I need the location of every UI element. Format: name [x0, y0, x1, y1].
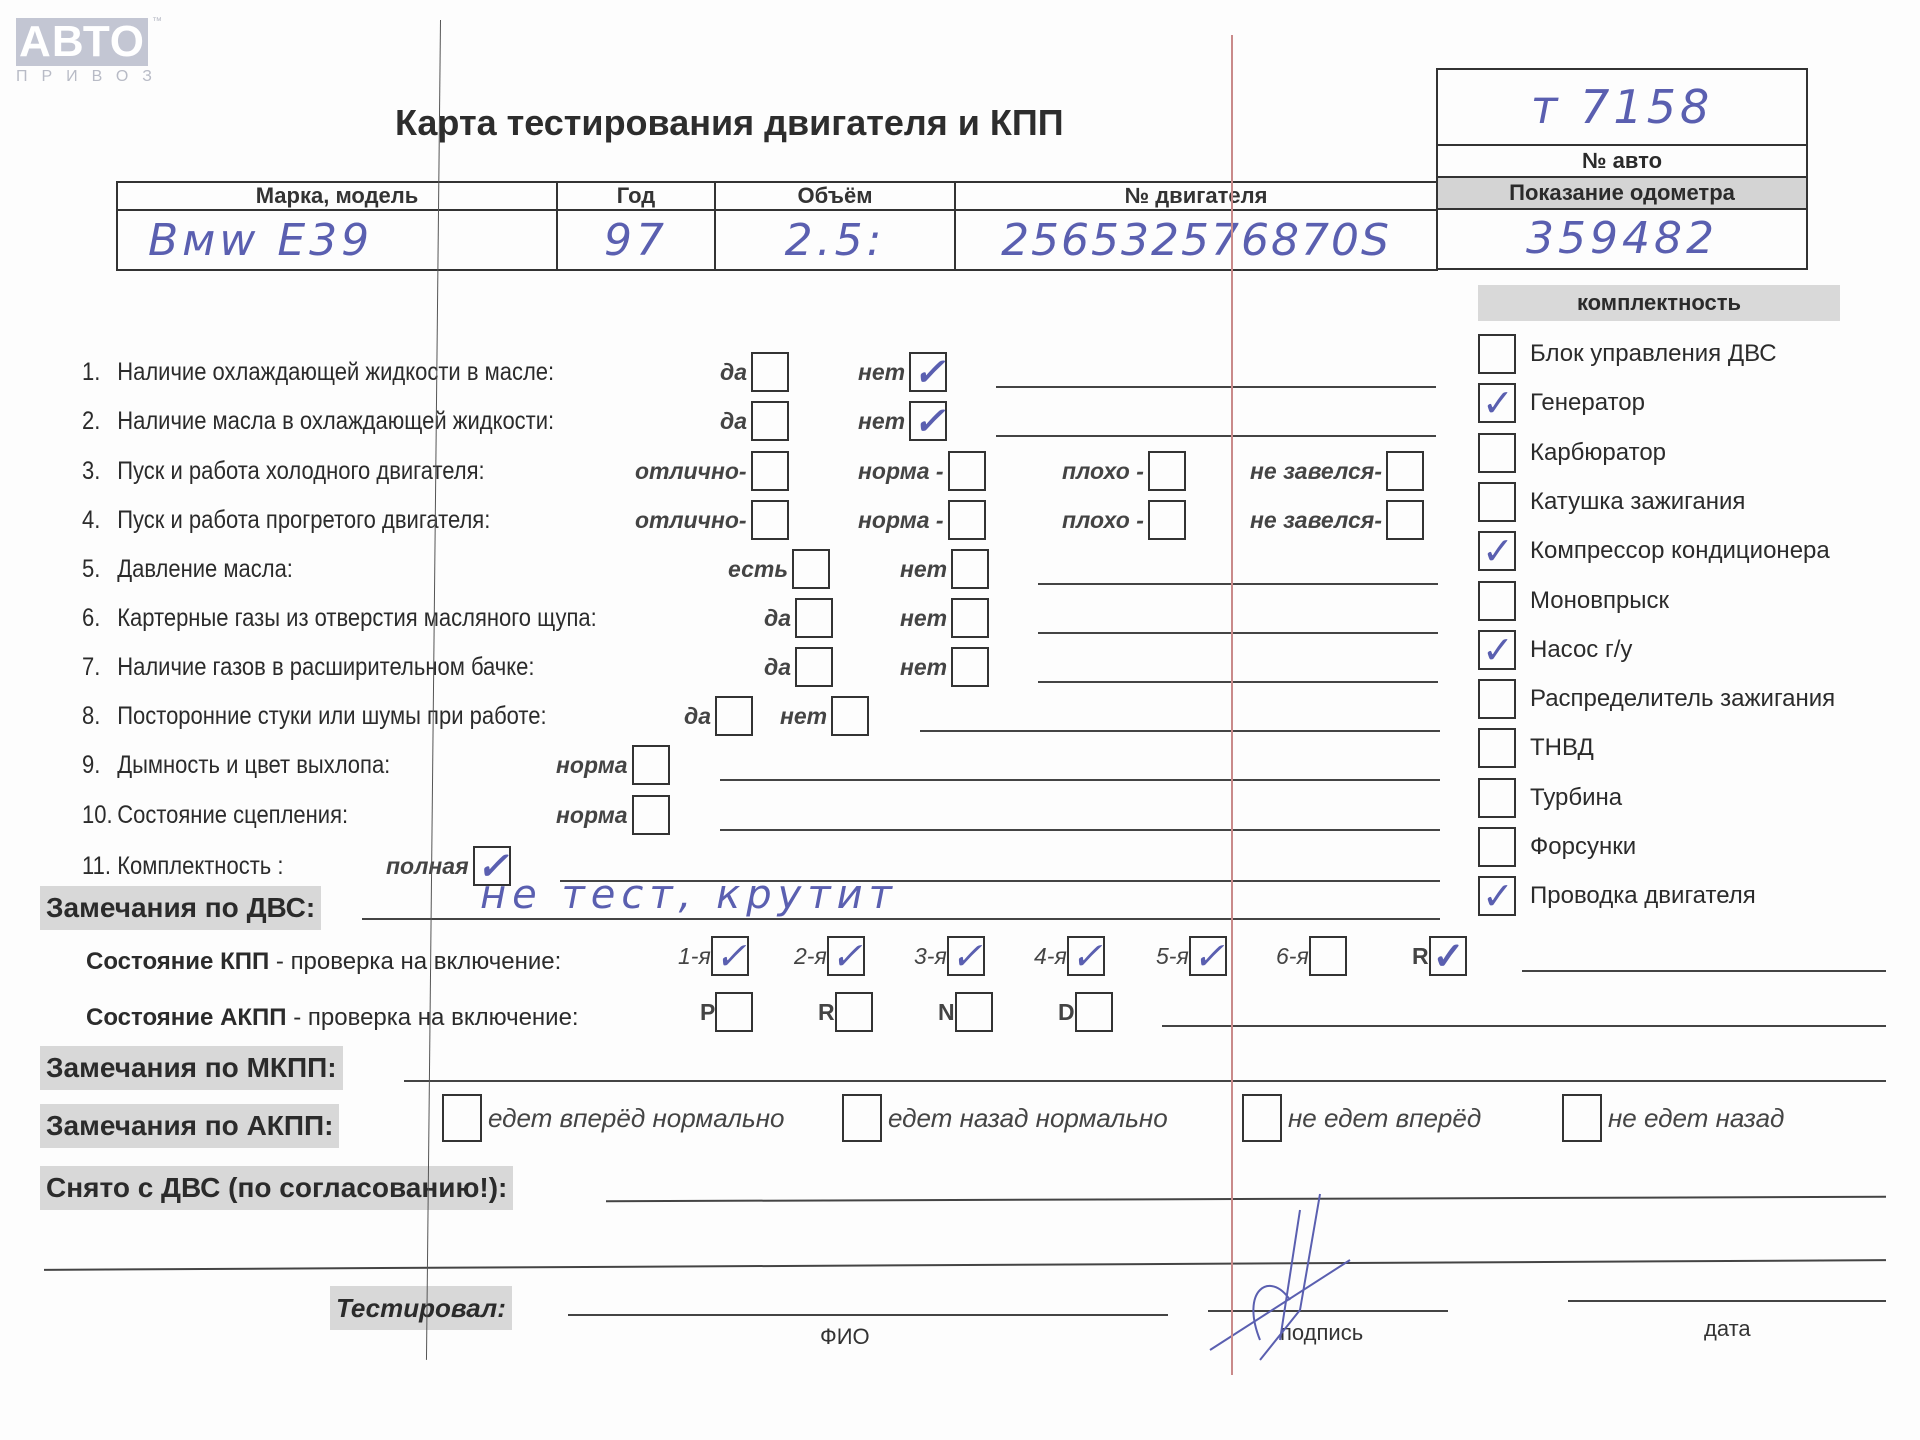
question-10: 10.Состояние сцепления: [82, 801, 348, 830]
option-checkbox[interactable] [948, 451, 986, 491]
question-number: 8. [82, 702, 117, 731]
gear-label: R [1412, 943, 1429, 970]
dvs-remarks-label: Замечания по ДВС: [40, 886, 321, 930]
akpp-mode[interactable]: P [700, 992, 753, 1032]
akpp-mode[interactable]: N [938, 992, 993, 1032]
model-value[interactable]: Bмw E39 [117, 210, 557, 270]
option-checkbox[interactable] [909, 352, 947, 392]
option-label: нет [900, 654, 947, 681]
kpp-gear[interactable]: 3-я [914, 936, 985, 976]
gear-checkbox[interactable] [827, 936, 865, 976]
removed-line-2 [44, 1259, 1886, 1271]
question-option[interactable]: нет [780, 696, 869, 736]
car-info-box: т 7158 № авто Показание одометра 359482 [1436, 68, 1808, 270]
option-label: да [764, 654, 791, 681]
question-option[interactable]: норма - [858, 500, 986, 540]
question-number: 3. [82, 457, 117, 486]
akpp-remark-label: едет назад нормально [888, 1103, 1168, 1134]
removed-label: Снято с ДВС (по согласованию!): [40, 1166, 513, 1210]
signature-scribble [1200, 1190, 1400, 1370]
option-label: есть [728, 556, 788, 583]
question-option[interactable]: нет [900, 549, 989, 589]
question-1: 1.Наличие охлаждающей жидкости в масле: [82, 358, 554, 387]
question-7: 7.Наличие газов в расширительном бачке: [82, 653, 534, 682]
kit-checkbox[interactable] [1478, 778, 1516, 818]
question-2: 2.Наличие масла в охлаждающей жидкости: [82, 407, 554, 436]
question-number: 6. [82, 604, 117, 633]
option-label: нет [858, 359, 905, 386]
kit-checkbox[interactable] [1478, 531, 1516, 571]
mkpp-remarks-label: Замечания по МКПП: [40, 1046, 343, 1090]
question-option[interactable]: нет [900, 598, 989, 638]
option-checkbox[interactable] [948, 500, 986, 540]
kit-checkbox[interactable] [1478, 876, 1516, 916]
volume-value[interactable]: 2.5: [715, 210, 955, 270]
question-notes-line [996, 386, 1436, 388]
kit-checkbox[interactable] [1478, 728, 1516, 768]
option-label: плохо - [1062, 458, 1144, 485]
mode-label: N [938, 999, 955, 1026]
option-checkbox[interactable] [795, 647, 833, 687]
option-checkbox[interactable] [831, 696, 869, 736]
kit-item-label: Моновпрыск [1530, 587, 1669, 615]
kit-checkbox[interactable] [1478, 433, 1516, 473]
option-label: полная [386, 853, 469, 880]
mode-label: D [1058, 999, 1075, 1026]
gear-label: 6-я [1276, 943, 1309, 970]
date-caption: дата [1704, 1316, 1751, 1342]
fio-caption: ФИО [820, 1324, 870, 1350]
header-year: Год [557, 182, 715, 210]
question-notes-line [1038, 632, 1438, 634]
option-checkbox[interactable] [751, 451, 789, 491]
mode-checkbox[interactable] [835, 992, 873, 1032]
akpp-label-rest: - проверка на включение: [287, 1004, 579, 1031]
date-line [1568, 1300, 1886, 1302]
question-option[interactable]: да [764, 598, 833, 638]
kit-section-title: комплектность [1478, 285, 1840, 321]
year-value[interactable]: 97 [557, 210, 715, 270]
mode-label: R [818, 999, 835, 1026]
kpp-label-bold: Состояние КПП [86, 948, 269, 975]
car-number-label: № авто [1438, 146, 1806, 178]
kit-checkbox[interactable] [1478, 679, 1516, 719]
kit-item-label: Насос г/у [1530, 636, 1632, 664]
akpp-remarks-label: Замечания по АКПП: [40, 1104, 339, 1148]
kit-item[interactable]: Блок управления ДВС [1478, 334, 1777, 374]
option-checkbox[interactable] [792, 549, 830, 589]
option-checkbox[interactable] [1148, 500, 1186, 540]
kit-item[interactable]: Распределитель зажигания [1478, 679, 1835, 719]
kpp-gear[interactable]: 6-я [1276, 936, 1347, 976]
option-checkbox[interactable] [795, 598, 833, 638]
option-checkbox[interactable] [751, 352, 789, 392]
question-notes-line [996, 435, 1436, 437]
question-8: 8.Посторонние стуки или шумы при работе: [82, 702, 547, 731]
fio-line [568, 1314, 1168, 1316]
kpp-notes-line [1522, 970, 1886, 972]
question-option[interactable]: отлично- [635, 451, 789, 491]
gear-checkbox[interactable] [1429, 936, 1467, 976]
question-option[interactable]: да [720, 352, 789, 392]
tested-by-label: Тестировал: [330, 1286, 512, 1330]
kpp-label: Состояние КПП - проверка на включение: [86, 948, 561, 976]
kpp-gear[interactable]: R [1412, 936, 1467, 976]
option-label: да [720, 408, 747, 435]
question-notes-line [720, 829, 1440, 831]
option-checkbox[interactable] [951, 598, 989, 638]
kit-item-label: Катушка зажигания [1530, 488, 1745, 516]
option-checkbox[interactable] [715, 696, 753, 736]
question-notes-line [1038, 583, 1438, 585]
kit-item[interactable]: Катушка зажигания [1478, 482, 1745, 522]
option-checkbox[interactable] [1386, 451, 1424, 491]
kit-item[interactable]: Форсунки [1478, 827, 1636, 867]
akpp-label: Состояние АКПП - проверка на включение: [86, 1004, 579, 1032]
option-checkbox[interactable] [751, 500, 789, 540]
header-volume: Объём [715, 182, 955, 210]
car-number-value[interactable]: т 7158 [1438, 70, 1806, 146]
option-label: да [720, 359, 747, 386]
option-label: норма - [858, 507, 944, 534]
question-option[interactable]: норма - [858, 451, 986, 491]
question-text: Дымность и цвет выхлопа: [117, 751, 390, 779]
kit-item[interactable]: Карбюратор [1478, 433, 1666, 473]
kit-item-label: Форсунки [1530, 833, 1636, 861]
kit-checkbox[interactable] [1478, 482, 1516, 522]
kit-item[interactable]: Насос г/у [1478, 630, 1632, 670]
question-6: 6.Картерные газы из отверстия масляного … [82, 604, 597, 633]
kit-item[interactable]: ТНВД [1478, 728, 1594, 768]
akpp-remark-option[interactable]: едет вперёд нормально [442, 1094, 784, 1142]
question-option[interactable]: да [720, 401, 789, 441]
option-checkbox[interactable] [1148, 451, 1186, 491]
logo: АВТО [16, 18, 148, 66]
akpp-remark-label: не едет назад [1608, 1103, 1784, 1134]
logo-subtitle: ПРИВОЗ [16, 68, 166, 86]
mode-label: P [700, 999, 715, 1026]
kit-item[interactable]: Проводка двигателя [1478, 876, 1756, 916]
kit-checkbox[interactable] [1478, 334, 1516, 374]
question-text: Комплектность : [117, 852, 283, 880]
logo-trademark: ™ [152, 16, 162, 27]
question-option[interactable]: да [764, 647, 833, 687]
question-text: Наличие газов в расширительном бачке: [117, 653, 534, 681]
kit-item-label: Компрессор кондиционера [1530, 537, 1830, 565]
kit-item-label: Генератор [1530, 389, 1645, 417]
question-number: 2. [82, 407, 117, 436]
kpp-label-rest: - проверка на включение: [269, 948, 561, 975]
option-label: не завелся- [1250, 507, 1382, 534]
question-number: 1. [82, 358, 117, 387]
akpp-label-bold: Состояние АКПП [86, 1004, 287, 1031]
question-option[interactable]: нет [858, 352, 947, 392]
option-label: отлично- [635, 458, 747, 485]
question-number: 4. [82, 506, 117, 535]
mode-checkbox[interactable] [1075, 992, 1113, 1032]
akpp-remark-option[interactable]: не едет вперёд [1242, 1094, 1481, 1142]
option-label: нет [858, 408, 905, 435]
car-info-table: Марка, модель Год Объём № двигателя Bмw … [116, 181, 1438, 271]
gear-label: 1-я [678, 943, 711, 970]
option-checkbox[interactable] [951, 549, 989, 589]
question-11: 11.Комплектность : [82, 852, 283, 881]
kit-checkbox[interactable] [1478, 581, 1516, 621]
kpp-gear[interactable]: 2-я [794, 936, 865, 976]
kit-checkbox[interactable] [1478, 630, 1516, 670]
mkpp-remarks-line [404, 1080, 1886, 1082]
akpp-remark-checkbox[interactable] [442, 1094, 482, 1142]
kpp-gear[interactable]: 5-я [1156, 936, 1227, 976]
option-label: да [764, 605, 791, 632]
question-text: Картерные газы из отверстия масляного щу… [117, 604, 597, 632]
gear-label: 3-я [914, 943, 947, 970]
kit-item-label: Распределитель зажигания [1530, 685, 1835, 713]
option-checkbox[interactable] [909, 401, 947, 441]
dvs-remarks-line [362, 918, 1440, 920]
option-label: нет [900, 556, 947, 583]
option-checkbox[interactable] [951, 647, 989, 687]
question-notes-line [920, 730, 1440, 732]
question-number: 9. [82, 751, 117, 780]
option-checkbox[interactable] [632, 795, 670, 835]
kit-item-label: Турбина [1530, 784, 1622, 812]
question-text: Пуск и работа холодного двигателя: [117, 457, 484, 485]
akpp-remark-option[interactable]: едет назад нормально [842, 1094, 1168, 1142]
gear-label: 2-я [794, 943, 827, 970]
kit-item-label: ТНВД [1530, 734, 1594, 762]
kit-item-label: Карбюратор [1530, 439, 1666, 467]
dvs-remarks-value[interactable]: не тест, крутит [480, 872, 898, 918]
option-checkbox[interactable] [1386, 500, 1424, 540]
question-text: Наличие охлаждающей жидкости в масле: [117, 358, 554, 386]
question-text: Посторонние стуки или шумы при работе: [117, 702, 546, 730]
question-option[interactable]: есть [728, 549, 830, 589]
question-option[interactable]: не завелся- [1250, 500, 1424, 540]
gear-label: 5-я [1156, 943, 1189, 970]
question-number: 10. [82, 801, 117, 830]
question-option[interactable]: плохо - [1062, 500, 1186, 540]
kpp-gear[interactable]: 4-я [1034, 936, 1105, 976]
gear-checkbox[interactable] [947, 936, 985, 976]
question-4: 4.Пуск и работа прогретого двигателя: [82, 506, 490, 535]
option-label: да [684, 703, 711, 730]
akpp-remark-label: едет вперёд нормально [488, 1103, 784, 1134]
akpp-remark-label: не едет вперёд [1288, 1103, 1481, 1134]
kit-item-label: Блок управления ДВС [1530, 340, 1777, 368]
kit-item[interactable]: Турбина [1478, 778, 1622, 818]
kpp-gear[interactable]: 1-я [678, 936, 749, 976]
akpp-remark-option[interactable]: не едет назад [1562, 1094, 1784, 1142]
akpp-mode[interactable]: R [818, 992, 873, 1032]
gear-checkbox[interactable] [1309, 936, 1347, 976]
engine-number-value[interactable]: 256532576870S [955, 210, 1437, 270]
mode-checkbox[interactable] [955, 992, 993, 1032]
question-option[interactable]: нет [900, 647, 989, 687]
header-model: Марка, модель [117, 182, 557, 210]
akpp-mode[interactable]: D [1058, 992, 1113, 1032]
question-option[interactable]: нет [858, 401, 947, 441]
gear-checkbox[interactable] [711, 936, 749, 976]
question-option[interactable]: не завелся- [1250, 451, 1424, 491]
question-text: Состояние сцепления: [117, 801, 348, 829]
akpp-notes-line [1162, 1025, 1886, 1027]
question-number: 11. [82, 852, 117, 881]
option-label: не завелся- [1250, 458, 1382, 485]
question-text: Давление масла: [117, 555, 293, 583]
option-checkbox[interactable] [632, 745, 670, 785]
question-option[interactable]: плохо - [1062, 451, 1186, 491]
gear-checkbox[interactable] [1067, 936, 1105, 976]
odometer-label: Показание одометра [1438, 178, 1806, 210]
option-checkbox[interactable] [751, 401, 789, 441]
question-9: 9.Дымность и цвет выхлопа: [82, 751, 390, 780]
kit-item[interactable]: Генератор [1478, 383, 1645, 423]
question-option[interactable]: норма [556, 795, 670, 835]
question-number: 5. [82, 555, 117, 584]
question-notes-line [1038, 681, 1438, 683]
kit-item-label: Проводка двигателя [1530, 882, 1756, 910]
kit-checkbox[interactable] [1478, 827, 1516, 867]
kit-item[interactable]: Компрессор кондиционера [1478, 531, 1830, 571]
option-label: норма [556, 802, 628, 829]
option-label: плохо - [1062, 507, 1144, 534]
mode-checkbox[interactable] [715, 992, 753, 1032]
option-label: нет [900, 605, 947, 632]
akpp-remark-checkbox[interactable] [842, 1094, 882, 1142]
akpp-remark-checkbox[interactable] [1562, 1094, 1602, 1142]
question-text: Наличие масла в охлаждающей жидкости: [117, 407, 554, 435]
question-option[interactable]: норма [556, 745, 670, 785]
question-notes-line [720, 779, 1440, 781]
question-option[interactable]: да [684, 696, 753, 736]
option-label: норма - [858, 458, 944, 485]
question-5: 5.Давление масла: [82, 555, 293, 584]
akpp-remark-checkbox[interactable] [1242, 1094, 1282, 1142]
option-label: отлично- [635, 507, 747, 534]
header-engine-number: № двигателя [955, 182, 1437, 210]
question-3: 3.Пуск и работа холодного двигателя: [82, 457, 485, 486]
kit-item[interactable]: Моновпрыск [1478, 581, 1669, 621]
question-number: 7. [82, 653, 117, 682]
page-title: Карта тестирования двигателя и КПП [395, 102, 1064, 144]
option-label: норма [556, 752, 628, 779]
margin-line [1231, 35, 1233, 1375]
odometer-value[interactable]: 359482 [1438, 210, 1806, 270]
question-option[interactable]: отлично- [635, 500, 789, 540]
kit-checkbox[interactable] [1478, 383, 1516, 423]
option-label: нет [780, 703, 827, 730]
gear-label: 4-я [1034, 943, 1067, 970]
gear-checkbox[interactable] [1189, 936, 1227, 976]
